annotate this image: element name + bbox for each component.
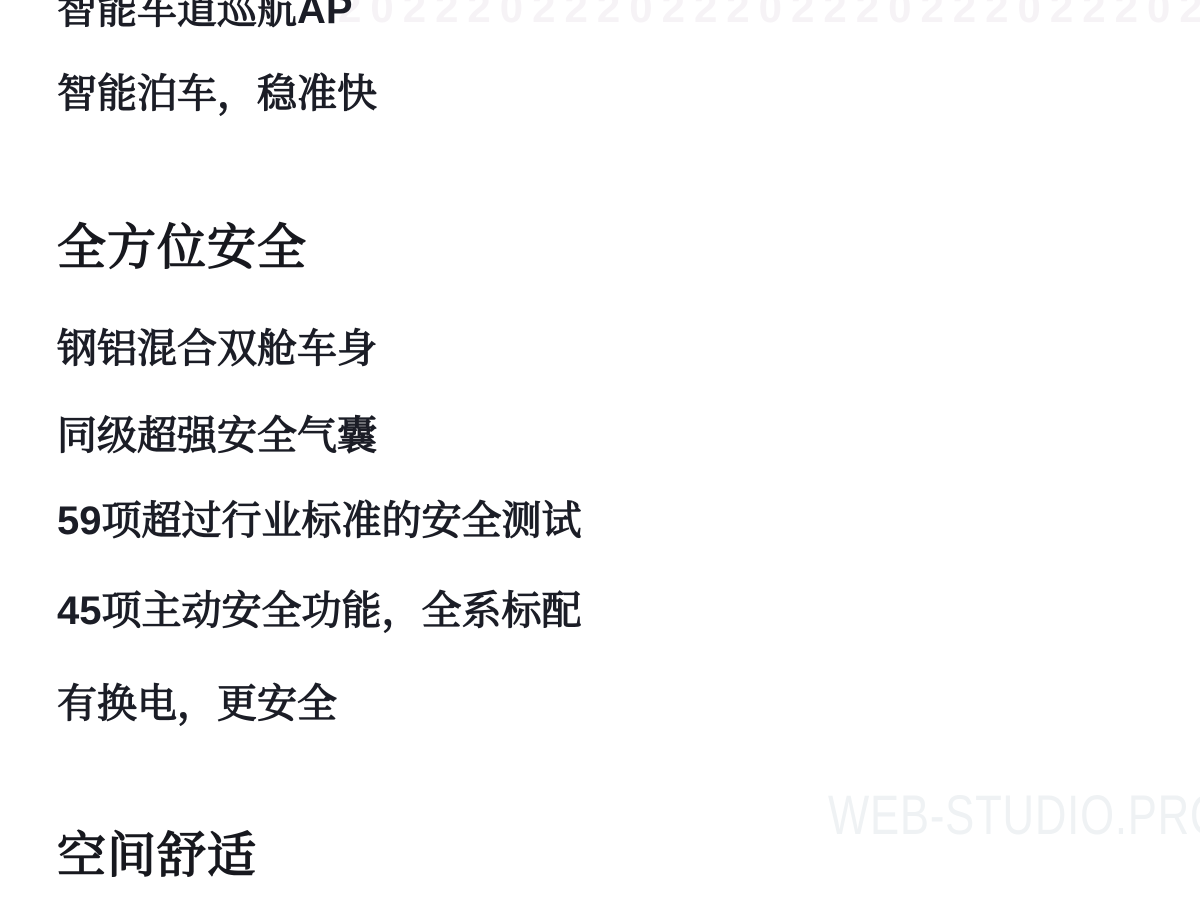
page: 2022202220222022202220222022202220222022… xyxy=(0,0,1200,900)
feature-item-lane-cruise: 智能车道巡航AP xyxy=(57,0,353,33)
section-heading-space-comfort: 空间舒适 xyxy=(57,829,257,884)
site-watermark: WEB-STUDIO.PRO xyxy=(828,782,1200,847)
feature-item-smart-parking: 智能泊车，稳准快 xyxy=(57,72,377,117)
feature-item-battery-swap: 有换电，更安全 xyxy=(57,682,337,727)
clipped-digit-watermark: 2022202220222022202220222022202220222022 xyxy=(338,0,1200,36)
feature-item-safety-tests: 59项超过行业标准的安全测试 xyxy=(57,499,582,544)
feature-item-steel-aluminum-body: 钢铝混合双舱车身 xyxy=(57,327,377,372)
section-heading-safety: 全方位安全 xyxy=(57,221,307,276)
feature-item-airbags: 同级超强安全气囊 xyxy=(57,414,377,459)
feature-item-active-safety: 45项主动安全功能，全系标配 xyxy=(57,589,582,634)
